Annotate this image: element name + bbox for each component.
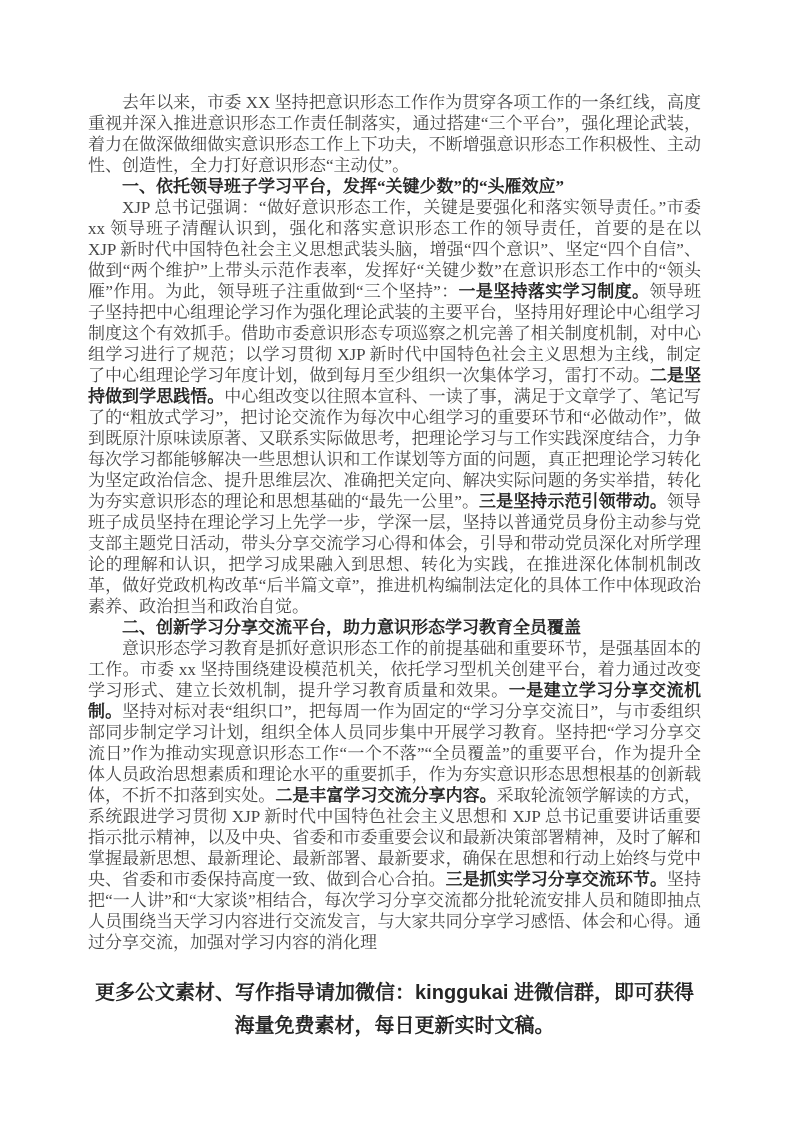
section-heading: 一、依托领导班子学习平台，发挥“关键少数”的“头雁效应”	[88, 176, 701, 197]
document-content: 去年以来，市委 XX 坚持把意识形态工作作为贯穿各项工作的一条红线，高度重视并深…	[88, 92, 701, 1043]
bold-text-run: 三是抓实学习分享交流环节。	[446, 870, 667, 889]
bold-text-run: 一、依托领导班子学习平台，发挥“关键少数”的“头雁效应”	[122, 177, 564, 196]
body-paragraph: XJP 总书记强调：“做好意识形态工作，关键是要强化和落实领导责任。”市委 xx…	[88, 197, 701, 617]
document-page: 去年以来，市委 XX 坚持把意识形态工作作为贯穿各项工作的一条红线，高度重视并深…	[0, 0, 793, 1122]
bold-text-run: 更多公文素材、写作指导请加微信：kinggukai 进微信群，即可获得海量免费素…	[95, 982, 694, 1037]
section-heading: 二、创新学习分享交流平台，助力意识形态学习教育全员覆盖	[88, 617, 701, 638]
footer-note: 更多公文素材、写作指导请加微信：kinggukai 进微信群，即可获得海量免费素…	[88, 977, 701, 1043]
text-run: 去年以来，市委 XX 坚持把意识形态工作作为贯穿各项工作的一条红线，高度重视并深…	[88, 93, 701, 175]
bold-text-run: 三是坚持示范引领带动。	[479, 492, 667, 511]
bold-text-run: 二、创新学习分享交流平台，助力意识形态学习教育全员覆盖	[122, 618, 581, 637]
bold-text-run: 二是丰富学习交流分享内容。	[275, 786, 496, 805]
body-paragraph: 意识形态学习教育是抓好意识形态工作的前提基础和重要环节，是强基固本的工作。市委 …	[88, 638, 701, 953]
body-paragraph: 去年以来，市委 XX 坚持把意识形态工作作为贯穿各项工作的一条红线，高度重视并深…	[88, 92, 701, 176]
bold-text-run: 一是坚持落实学习制度。	[459, 282, 650, 301]
